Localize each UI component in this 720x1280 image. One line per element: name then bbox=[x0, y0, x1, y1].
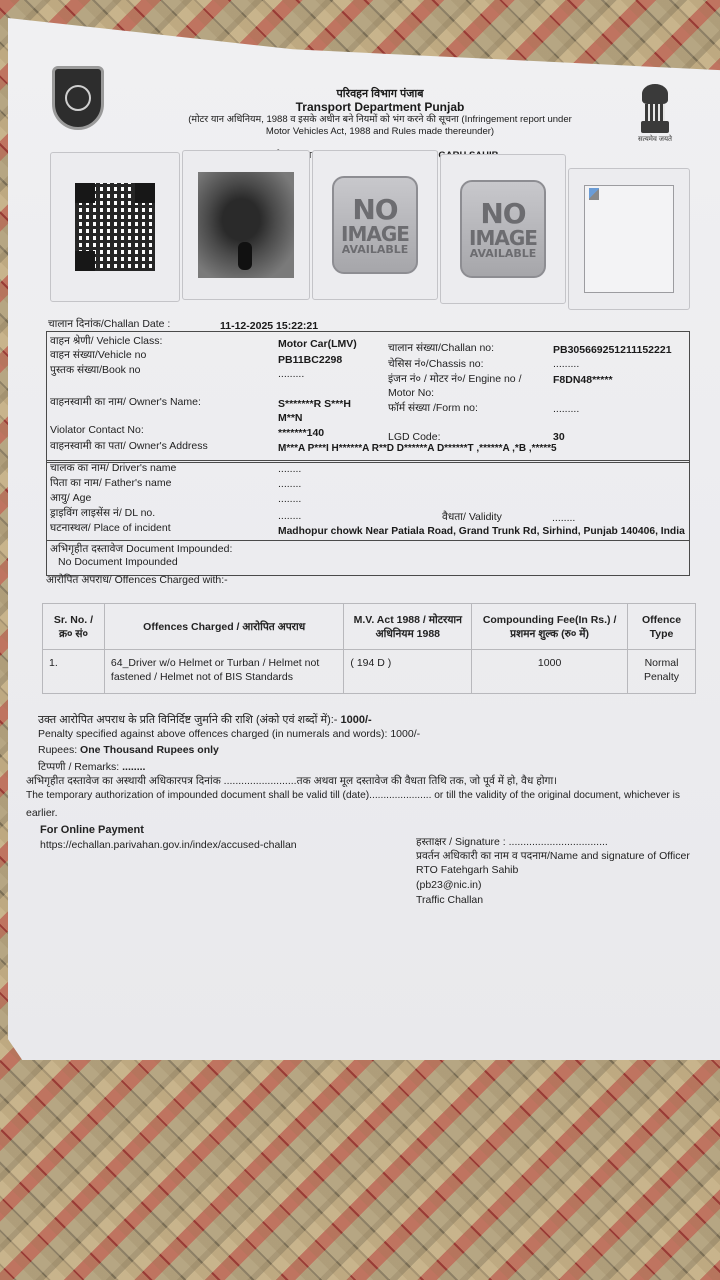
image-placeholder-card-2: NO IMAGE AVAILABLE bbox=[440, 154, 566, 304]
form-no-label: फॉर्म संख्या /Form no: bbox=[388, 401, 478, 415]
cell-fee: 1000 bbox=[472, 650, 628, 694]
vehicle-no-value: PB11BC2298 bbox=[278, 354, 342, 366]
owner-name-label: वाहनस्वामी का नाम/ Owner's Name: bbox=[50, 395, 201, 409]
qr-code-icon bbox=[75, 183, 155, 271]
officer-dept: Traffic Challan bbox=[416, 894, 483, 906]
subtitle-line-1: (मोटर यान अधिनियम, 1988 व इसके अधीन बने … bbox=[170, 114, 590, 126]
cell-sr: 1. bbox=[43, 650, 105, 694]
book-no-value: ......... bbox=[278, 368, 304, 380]
owner-name-value-2: M**N bbox=[278, 412, 303, 424]
penalty-hindi-text: उक्त आरोपित अपराध के प्रति विनिर्दिष्ट ज… bbox=[38, 714, 341, 726]
rupees-words: One Thousand Rupees only bbox=[80, 744, 219, 756]
title-hindi: परिवहन विभाग पंजाब bbox=[170, 86, 590, 101]
dl-no-value: ........ bbox=[278, 510, 301, 522]
authorization-english-2: earlier. bbox=[26, 807, 58, 819]
engine-no-label-1: इंजन नं० / मोटर नं०/ Engine no / bbox=[388, 372, 521, 386]
no-image-text: NO bbox=[352, 196, 397, 224]
emblem-caption: सत्यमेव जयते bbox=[638, 135, 672, 144]
col-mv-act: M.V. Act 1988 / मोटरयान अधिनियम 1988 bbox=[344, 604, 472, 650]
no-image-text: AVAILABLE bbox=[342, 244, 409, 255]
remarks-value: ........ bbox=[122, 761, 145, 773]
no-image-icon: NO IMAGE AVAILABLE bbox=[460, 180, 546, 278]
subtitle: (मोटर यान अधिनियम, 1988 व इसके अधीन बने … bbox=[170, 114, 590, 138]
chassis-no-value: ......... bbox=[553, 358, 579, 370]
col-offence: Offences Charged / आरोपित अपराध bbox=[104, 604, 344, 650]
contact-value: *******140 bbox=[278, 427, 324, 439]
national-emblem-icon: सत्यमेव जयते bbox=[636, 84, 674, 144]
no-image-text: AVAILABLE bbox=[470, 248, 537, 259]
punjab-police-logo bbox=[52, 66, 104, 130]
owner-address-label: वाहनस्वामी का पता/ Owner's Address bbox=[50, 439, 208, 453]
driver-name-value: ........ bbox=[278, 463, 301, 475]
officer-office: RTO Fatehgarh Sahib bbox=[416, 864, 518, 876]
place-of-incident-value: Madhopur chowk Near Patiala Road, Grand … bbox=[278, 526, 685, 537]
remarks-label: टिप्पणी / Remarks: bbox=[38, 761, 122, 773]
authorization-english-1: The temporary authorization of impounded… bbox=[26, 790, 680, 801]
engine-no-value: F8DN48***** bbox=[553, 374, 613, 386]
table-row: 1. 64_Driver w/o Helmet or Turban / Helm… bbox=[43, 650, 696, 694]
subtitle-line-2: Motor Vehicles Act, 1988 and Rules made … bbox=[170, 126, 590, 138]
challan-no-value: PB305669251211152221 bbox=[553, 344, 672, 356]
no-image-icon: NO IMAGE AVAILABLE bbox=[332, 176, 418, 274]
violation-photo-card bbox=[182, 150, 310, 300]
penalty-english: Penalty specified against above offences… bbox=[38, 728, 420, 740]
vehicle-class-value: Motor Car(LMV) bbox=[278, 338, 357, 350]
penalty-hindi: उक्त आरोपित अपराध के प्रति विनिर्दिष्ट ज… bbox=[38, 712, 372, 727]
book-no-label: पुस्तक संख्या/Book no bbox=[50, 363, 141, 377]
challan-no-label: चालान संख्या/Challan no: bbox=[388, 341, 494, 355]
owner-name-value-1: S*******R S***H bbox=[278, 398, 351, 410]
cell-type: Normal Penalty bbox=[628, 650, 696, 694]
place-of-incident-label: घटनास्थल/ Place of incident bbox=[50, 521, 171, 535]
officer-email: (pb23@nic.in) bbox=[416, 879, 482, 891]
col-sr-no: Sr. No. / क्र० सं० bbox=[43, 604, 105, 650]
age-value: ........ bbox=[278, 493, 301, 505]
father-name-label: पिता का नाम/ Father's name bbox=[50, 476, 171, 490]
officer-label: प्रवर्तन अधिकारी का नाम व पदनाम/Name and… bbox=[416, 849, 690, 863]
document-impounded-label: अभिगृहीत दस्तावेज Document Impounded: bbox=[50, 542, 232, 556]
authorization-hindi: अभिगृहीत दस्तावेज का अस्थायी अधिकारपत्र … bbox=[26, 774, 557, 788]
validity-label: वैधता/ Validity bbox=[442, 510, 502, 524]
engine-no-label-2: Motor No: bbox=[388, 387, 434, 399]
penalty-hindi-amount: 1000/- bbox=[341, 714, 372, 726]
qr-code-card bbox=[50, 152, 180, 302]
col-type: Offence Type bbox=[628, 604, 696, 650]
owner-address-value: M***A P***I H******A R**D D******A D****… bbox=[278, 443, 557, 454]
document-impounded-value: No Document Impounded bbox=[58, 556, 178, 568]
vehicle-class-label: वाहन श्रेणी/ Vehicle Class: bbox=[50, 334, 162, 348]
image-placeholder-card-1: NO IMAGE AVAILABLE bbox=[312, 150, 438, 300]
online-payment-link[interactable]: https://echallan.parivahan.gov.in/index/… bbox=[40, 839, 297, 851]
form-no-value: ......... bbox=[553, 403, 579, 415]
validity-value: ........ bbox=[552, 512, 575, 524]
no-image-text: IMAGE bbox=[341, 224, 409, 244]
challan-date-label: चालान दिनांक/Challan Date : bbox=[48, 317, 170, 331]
contact-label: Violator Contact No: bbox=[50, 424, 144, 436]
chassis-no-label: चेसिस नं०/Chassis no: bbox=[388, 357, 484, 371]
lgd-code-label: LGD Code: bbox=[388, 431, 441, 443]
offences-heading: आरोपित अपराध/ Offences Charged with:- bbox=[46, 573, 228, 587]
dl-no-label: ड्राइविंग लाइसेंस नं/ DL no. bbox=[50, 506, 155, 520]
rupees-label: Rupees: bbox=[38, 744, 80, 756]
no-image-text: IMAGE bbox=[469, 228, 537, 248]
online-payment-heading: For Online Payment bbox=[40, 824, 144, 836]
no-image-text: NO bbox=[480, 200, 525, 228]
lgd-code-value: 30 bbox=[553, 431, 565, 443]
violation-photo bbox=[198, 172, 294, 278]
cell-section: ( 194 D ) bbox=[344, 650, 472, 694]
col-fee: Compounding Fee(In Rs.) / प्रशमन शुल्क (… bbox=[472, 604, 628, 650]
driver-name-label: चालक का नाम/ Driver's name bbox=[50, 461, 176, 475]
broken-image-icon bbox=[584, 185, 674, 293]
remarks: टिप्पणी / Remarks: ........ bbox=[38, 760, 145, 774]
age-label: आयु/ Age bbox=[50, 491, 91, 505]
signature-line: हस्ताक्षर / Signature : ................… bbox=[416, 835, 608, 849]
vehicle-no-label: वाहन संख्या/Vehicle no bbox=[50, 348, 146, 362]
cell-offence: 64_Driver w/o Helmet or Turban / Helmet … bbox=[104, 650, 344, 694]
table-header-row: Sr. No. / क्र० सं० Offences Charged / आर… bbox=[43, 604, 696, 650]
title-english: Transport Department Punjab bbox=[170, 100, 590, 114]
broken-image-card bbox=[568, 168, 690, 310]
penalty-rupees: Rupees: One Thousand Rupees only bbox=[38, 744, 219, 756]
offences-table: Sr. No. / क्र० सं० Offences Charged / आर… bbox=[42, 603, 696, 694]
father-name-value: ........ bbox=[278, 478, 301, 490]
